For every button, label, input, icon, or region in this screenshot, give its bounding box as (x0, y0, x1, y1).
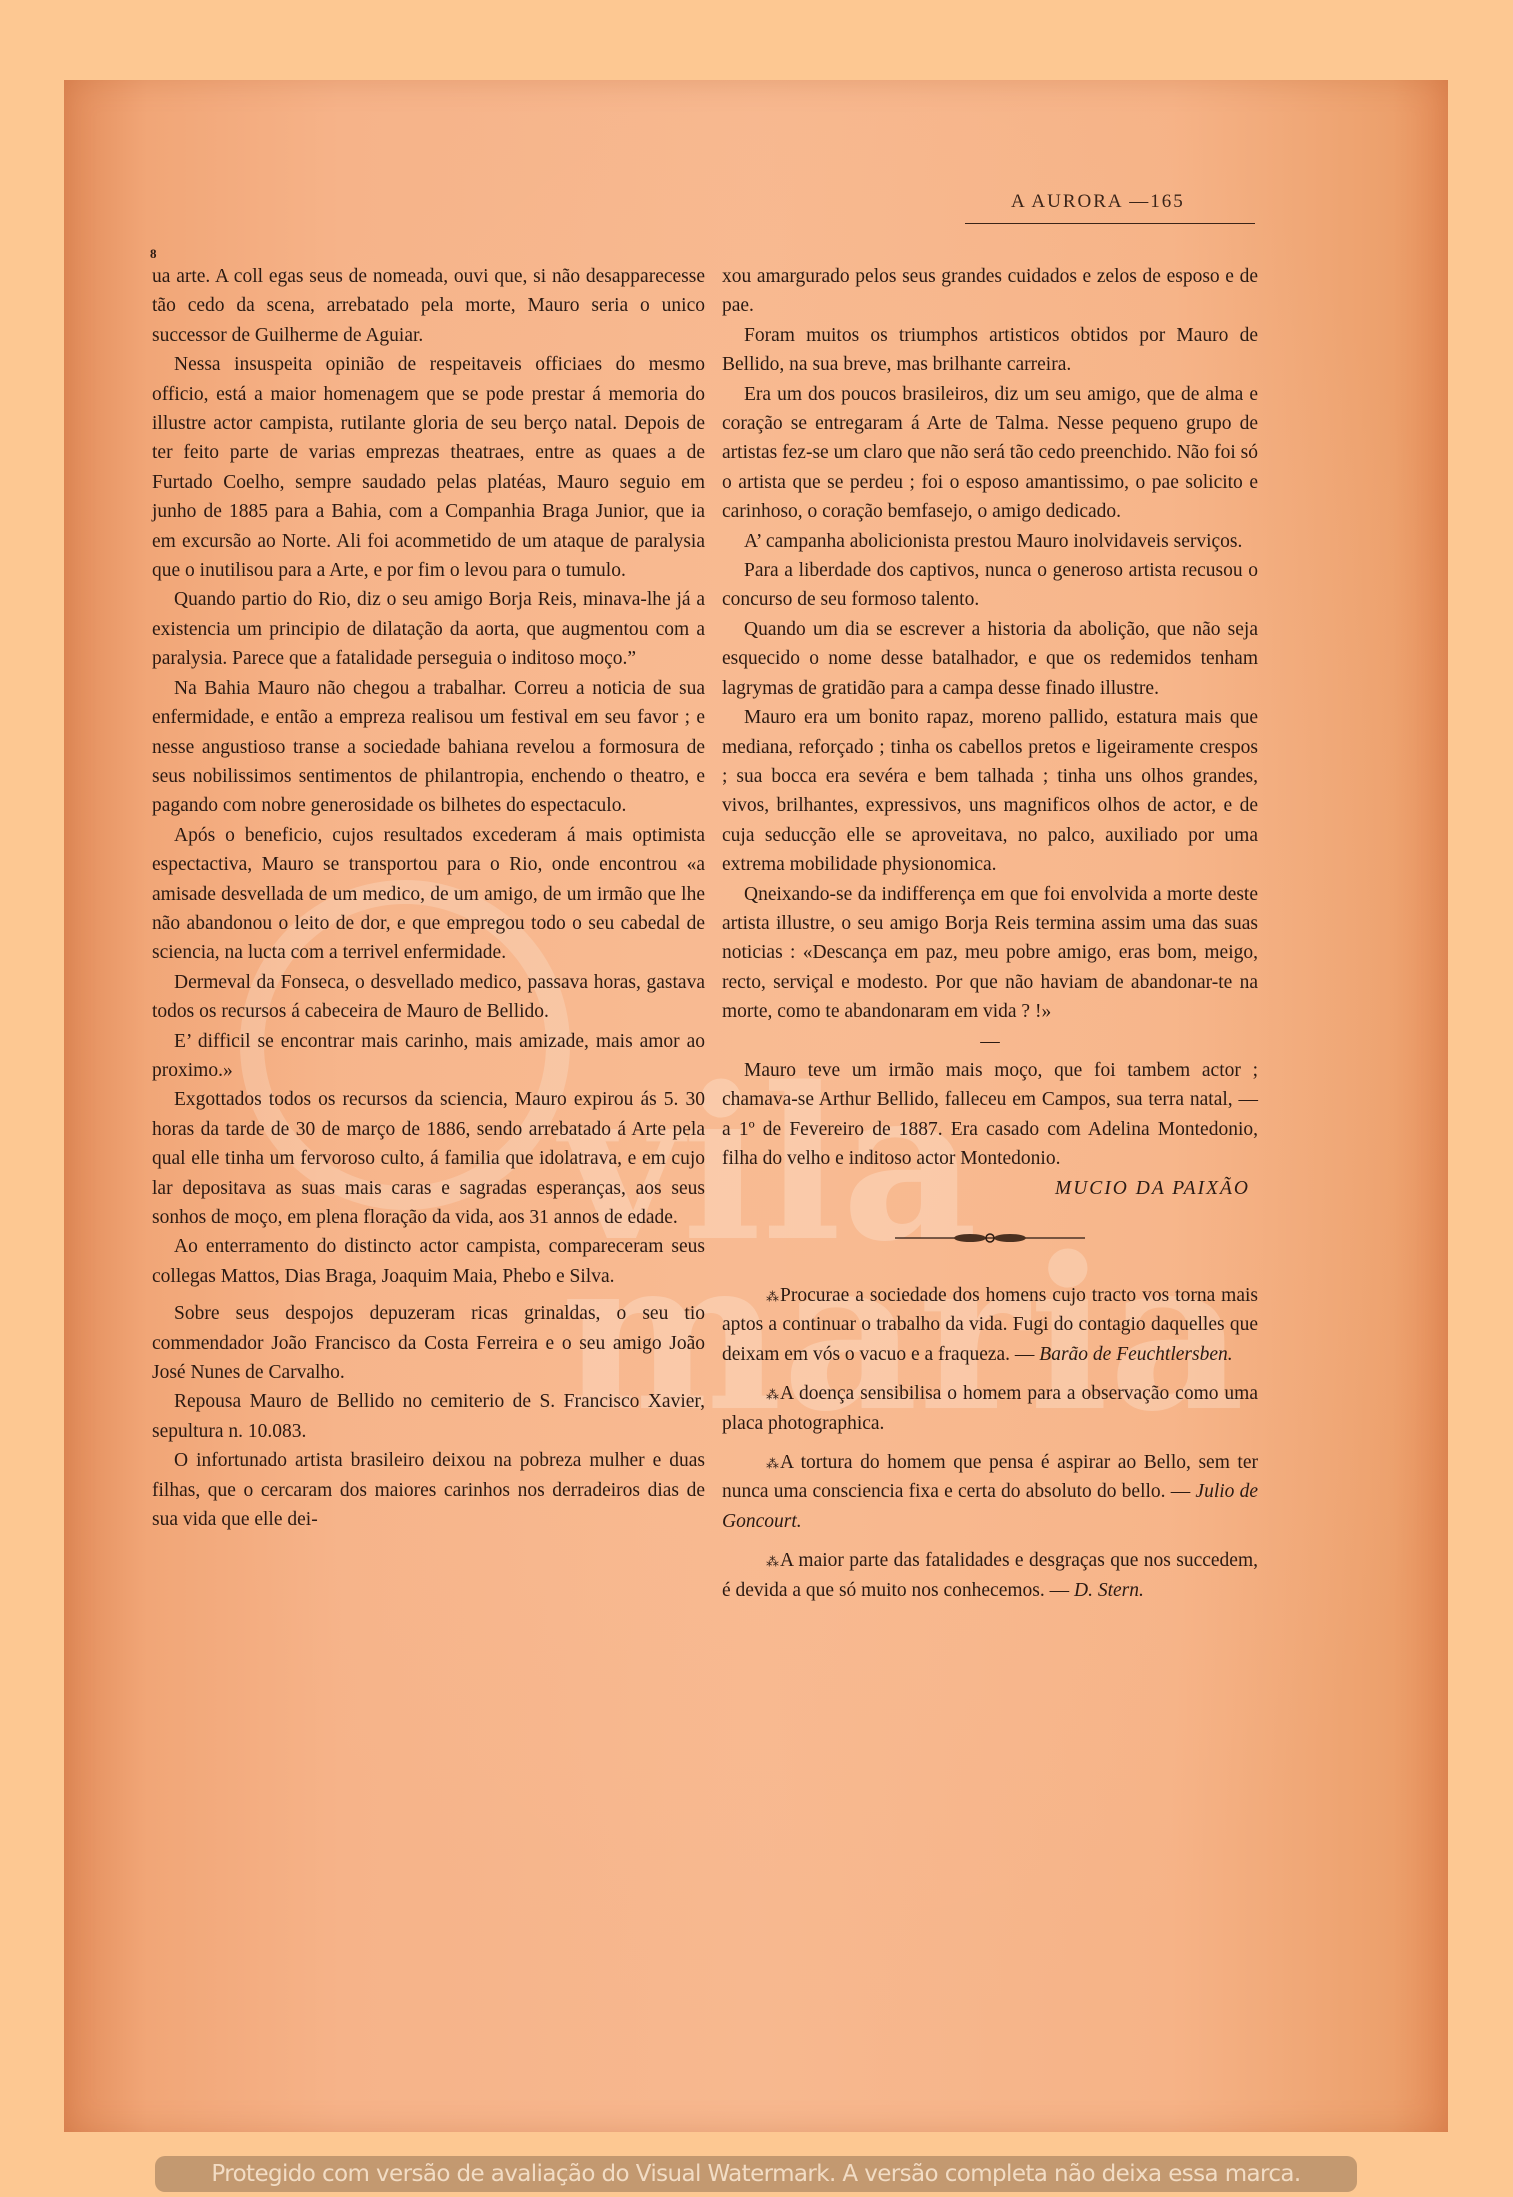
paragraph: E’ difficil se encontrar mais carinho, m… (152, 1027, 705, 1086)
paragraph: Quando partio do Rio, diz o seu amigo Bo… (152, 585, 705, 673)
drop-mark: 8 (150, 246, 157, 262)
running-head: A AURORA —165 (965, 191, 1255, 213)
paragraph: Era um dos poucos brasileiros, diz um se… (722, 380, 1258, 527)
author-signature: MUCIO DA PAIXÃO (722, 1174, 1258, 1203)
asterism-icon: ⁂ (744, 1556, 770, 1568)
paragraph: O infortunado artista brasileiro deixou … (152, 1446, 705, 1534)
asterism-icon: ⁂ (744, 1458, 770, 1470)
maxim-item: ⁂A maior parte das fatalidades e desgraç… (722, 1546, 1258, 1605)
paragraph: Qneixando-se da indifferença em que foi … (722, 880, 1258, 1027)
paragraph: Na Bahia Mauro não chegou a trabalhar. C… (152, 674, 705, 821)
maxim-item: ⁂Procurae a sociedade dos homens cujo tr… (722, 1281, 1258, 1369)
asterism-icon: ⁂ (744, 1389, 770, 1401)
paragraph: A’ campanha abolicionista prestou Mauro … (722, 527, 1258, 556)
paragraph: Nessa insuspeita opinião de respeitaveis… (152, 350, 705, 585)
maxim-item: ⁂A tortura do homem que pensa é aspirar … (722, 1448, 1258, 1536)
evaluation-watermark-notice: Protegido com versão de avaliação do Vis… (155, 2156, 1357, 2192)
left-column: ua arte. A coll egas seus de nomeada, ou… (152, 262, 705, 1534)
paragraph: Repousa Mauro de Bellido no cemiterio de… (152, 1387, 705, 1446)
maxim-author: Barão de Feuchtlersben. (1039, 1344, 1232, 1365)
maxim-author: D. Stern. (1074, 1580, 1144, 1601)
paragraph: Dermeval da Fonseca, o desvellado medico… (152, 968, 705, 1027)
paragraph: xou amargurado pelos seus grandes cuidad… (722, 262, 1258, 321)
paragraph: Após o beneficio, cujos resultados exced… (152, 821, 705, 968)
paragraph: ua arte. A coll egas seus de nomeada, ou… (152, 262, 705, 350)
paragraph: Mauro era um bonito rapaz, moreno pallid… (722, 703, 1258, 879)
maxim-item: ⁂A doença sensibilisa o homem para a obs… (722, 1379, 1258, 1438)
paragraph: Foram muitos os triumphos artisticos obt… (722, 321, 1258, 380)
maxim-text: A doença sensibilisa o homem para a obse… (722, 1383, 1258, 1433)
right-column: xou amargurado pelos seus grandes cuidad… (722, 262, 1258, 1605)
paragraph: Sobre seus despojos depuzeram ricas grin… (152, 1299, 705, 1387)
maxim-text: A maior parte das fatalidades e desgraça… (722, 1550, 1258, 1600)
ornament-divider-icon (895, 1231, 1085, 1245)
postscript-paragraph: Mauro teve um irmão mais moço, que foi t… (722, 1056, 1258, 1174)
paragraph: Ao enterramento do distincto actor campi… (152, 1232, 705, 1291)
header-rule (965, 223, 1255, 224)
paragraph: Para a liberdade dos captivos, nunca o g… (722, 556, 1258, 615)
paragraph: Quando um dia se escrever a historia da … (722, 615, 1258, 703)
maxim-text: A tortura do homem que pensa é aspirar a… (722, 1452, 1258, 1502)
asterism-icon: ⁂ (744, 1291, 770, 1303)
paragraph: Exgottados todos os recursos da sciencia… (152, 1085, 705, 1232)
section-separator: — (722, 1027, 1258, 1056)
